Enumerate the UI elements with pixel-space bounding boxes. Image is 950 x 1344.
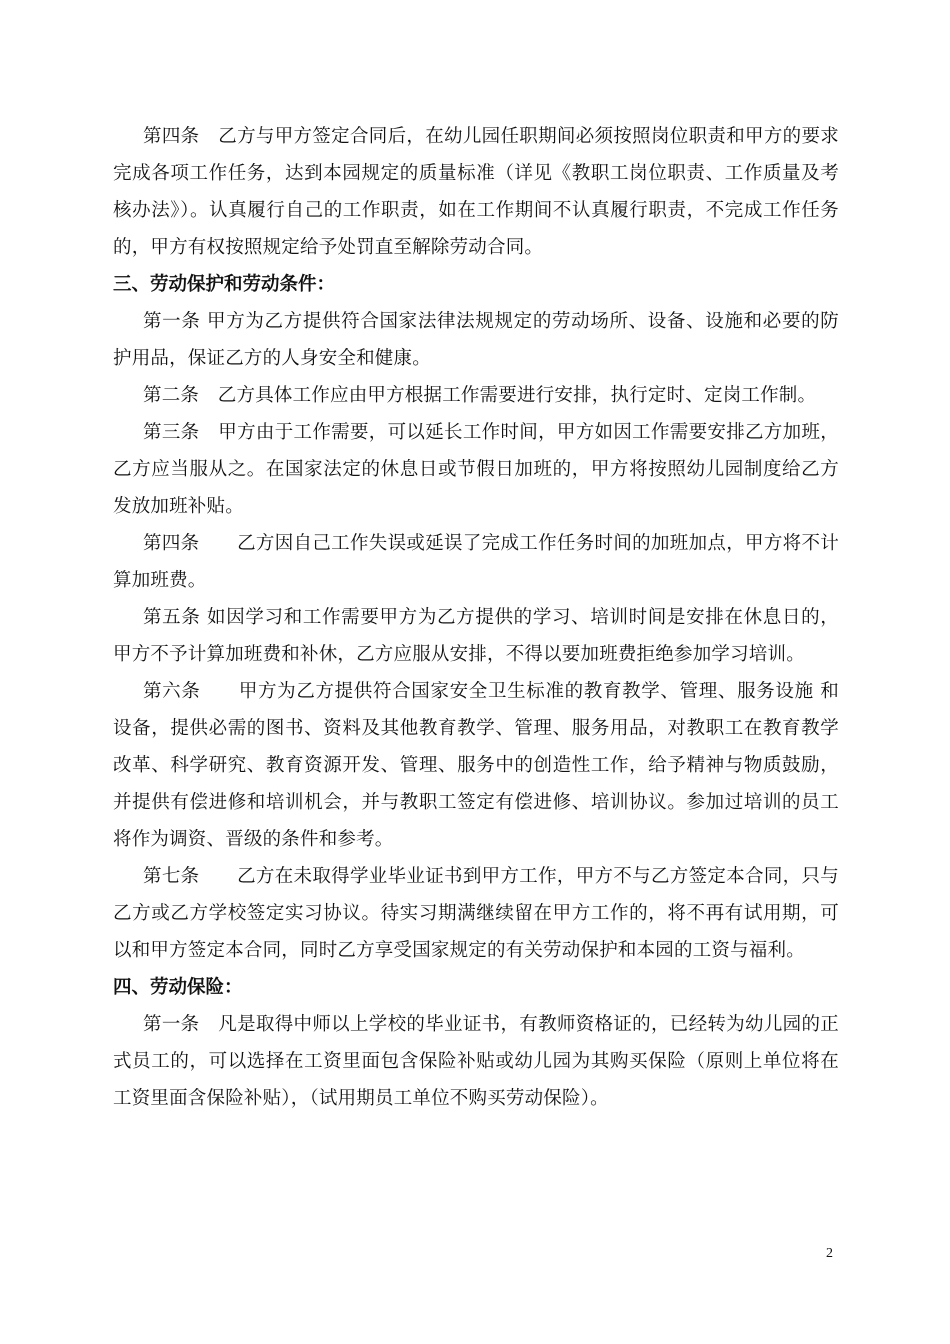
clause-4-duties: 第四条 乙方与甲方签定合同后，在幼儿园任职期间必须按照岗位职责和甲方的要求完成各… bbox=[113, 118, 839, 266]
clause-5-training: 第五条 如因学习和工作需要甲方为乙方提供的学习、培训时间是安排在休息日的，甲方不… bbox=[113, 599, 839, 673]
clause-3-overtime: 第三条 甲方由于工作需要，可以延长工作时间，甲方如因工作需要安排乙方加班，乙方应… bbox=[113, 414, 839, 525]
page-number: 2 bbox=[826, 1246, 833, 1262]
clause-7-internship: 第七条 乙方在未取得学业毕业证书到甲方工作，甲方不与乙方签定本合同，只与乙方或乙… bbox=[113, 858, 839, 969]
clause-1-insurance: 第一条 凡是取得中师以上学校的毕业证书，有教师资格证的，已经转为幼儿园的正式员工… bbox=[113, 1006, 839, 1117]
section-heading-labor-protection: 三、劳动保护和劳动条件： bbox=[113, 266, 839, 303]
document-page: 第四条 乙方与甲方签定合同后，在幼儿园任职期间必须按照岗位职责和甲方的要求完成各… bbox=[113, 118, 839, 1117]
clause-6-facilities: 第六条 甲方为乙方提供符合国家安全卫生标准的教育教学、管理、服务设施 和设备，提… bbox=[113, 673, 839, 858]
clause-4-no-overtime-pay: 第四条 乙方因自己工作失误或延误了完成工作任务时间的加班加点，甲方将不计算加班费… bbox=[113, 525, 839, 599]
clause-2-arrangement: 第二条 乙方具体工作应由甲方根据工作需要进行安排，执行定时、定岗工作制。 bbox=[113, 377, 839, 414]
section-heading-labor-insurance: 四、劳动保险： bbox=[113, 969, 839, 1006]
clause-1-workplace: 第一条 甲方为乙方提供符合国家法律法规规定的劳动场所、设备、设施和必要的防护用品… bbox=[113, 303, 839, 377]
